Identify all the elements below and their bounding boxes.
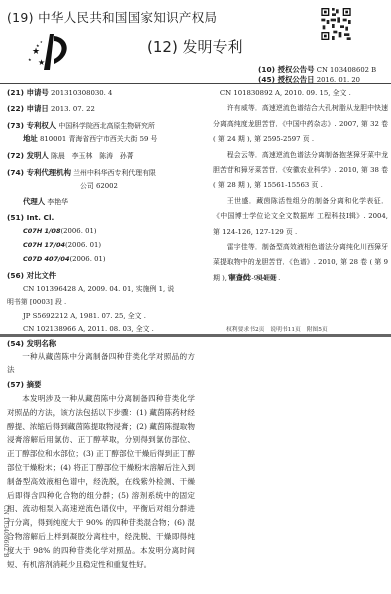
examiner-row: 审查员 吴姗姗 xyxy=(228,272,277,284)
agency-line-2: 公司 62002 xyxy=(80,181,118,192)
inventors-label: (72) 发明人 xyxy=(7,151,49,160)
application-date-row: (22) 申请日 2013. 07. 22 xyxy=(7,103,95,115)
address-row: 地址 810001 青海省西宁市西关大街 59 号 xyxy=(23,133,157,145)
inventors-row: (72) 发明人 陈晨 李玉林 陈涛 孙菁 xyxy=(7,150,134,162)
agent: 李艳华 xyxy=(47,198,68,206)
intcl-heading: (51) Int. Cl. xyxy=(7,213,54,222)
abstract-body: 本发明涉及一种从藏茵陈中分离制备四种苷类化学对照品的方法，该方法包括以下步骤：(… xyxy=(7,392,195,571)
reference-item: CN 101830892 A, 2010. 09. 15, 全文 . xyxy=(213,86,388,101)
side-publication-code: CN 103408602 B xyxy=(0,505,9,575)
inventors: 陈晨 李玉林 陈涛 孙菁 xyxy=(51,152,134,160)
reference-item-cont: 明书第 [0003] 段 . xyxy=(7,297,66,308)
header-divider xyxy=(0,83,391,84)
agency-row: (74) 专利代理机构 兰州中科华西专利代理有限 xyxy=(7,167,156,179)
agency-label: (74) 专利代理机构 xyxy=(7,168,71,177)
references-heading: (56) 对比文件 xyxy=(7,270,56,282)
publication-number-label: (10) 授权公告号 xyxy=(258,65,315,74)
intcl-item: C07H 1/08(2006. 01) xyxy=(23,226,97,237)
agent-row: 代理人 李艳华 xyxy=(23,196,68,208)
reference-item: 王世盛．藏茵陈活性组分的制备分离和化学表征．《中国博士学位论文全文数据库 工程科… xyxy=(213,194,388,240)
examiner: 吴姗姗 xyxy=(256,274,277,282)
intcl-label: (51) Int. Cl. xyxy=(7,212,54,224)
references-label: (56) 对比文件 xyxy=(7,271,56,280)
reference-item: 许有威等．高速逆流色谱结合大孔树脂从龙胆中快速分离高纯度龙胆苦苷．《中国中药杂志… xyxy=(213,101,388,147)
intcl-version: (2006. 01) xyxy=(65,241,101,249)
abstract-heading: (57) 摘要 xyxy=(7,379,41,391)
intcl-code: C07H 1/08 xyxy=(23,227,60,235)
abstract-text: 本发明涉及一种从藏茵陈中分离制备四种苷类化学对照品的方法，该方法包括以下步骤：(… xyxy=(7,392,195,571)
application-number-label: (21) 申请号 xyxy=(7,88,49,97)
document-type: (12) 发明专利 xyxy=(147,36,243,57)
reference-item: 程会云等．高速逆流色谱法分离制备抱茎獐牙菜中龙胆苦苷和獐牙菜苦苷．《安徽农业科学… xyxy=(213,148,388,194)
application-number: 201310308030. 4 xyxy=(51,89,112,97)
invention-title: 一种从藏茵陈中分离制备四种苷类化学对照品的方法 xyxy=(7,350,195,376)
intcl-code: C07D 407/04 xyxy=(23,255,69,263)
intcl-version: (2006. 01) xyxy=(69,255,105,263)
publication-number: CN 103408602 B xyxy=(317,66,376,74)
intcl-item: C07H 17/04(2006. 01) xyxy=(23,240,101,251)
page-counts: 权利要求书2页 说明书11页 附图5页 xyxy=(226,324,328,333)
application-date: 2013. 07. 22 xyxy=(51,105,95,113)
agency-line-1: 兰州中科华西专利代理有限 xyxy=(73,169,156,177)
intcl-code: C07H 17/04 xyxy=(23,241,65,249)
application-number-row: (21) 申请号 201310308030. 4 xyxy=(7,87,112,99)
invention-title-heading: (54) 发明名称 xyxy=(7,338,56,350)
section-divider xyxy=(0,334,391,337)
patentee-label: (73) 专利权人 xyxy=(7,121,56,130)
qr-code-icon xyxy=(320,6,352,42)
svg-text:★: ★ xyxy=(32,47,40,57)
address: 810001 青海省西宁市西关大街 59 号 xyxy=(40,135,157,143)
right-references: CN 101830892 A, 2010. 09. 15, 全文 . 许有威等．… xyxy=(213,86,388,286)
reference-item: JP S5692212 A, 1981. 07. 25, 全文 . xyxy=(23,311,146,322)
reference-item: CN 101396428 A, 2009. 04. 01, 实施例 1, 说 xyxy=(23,284,174,295)
patentee-row: (73) 专利权人 中国科学院西北高原生物研究所 xyxy=(7,120,155,132)
invention-title-label: (54) 发明名称 xyxy=(7,339,56,348)
agent-label: 代理人 xyxy=(23,197,45,206)
cnipa-logo-icon: ★ ★ ★ ★ ★ xyxy=(24,32,74,72)
svg-text:★: ★ xyxy=(28,57,32,62)
svg-text:★: ★ xyxy=(38,58,45,67)
address-label: 地址 xyxy=(23,134,38,143)
examiner-label: 审查员 xyxy=(228,273,250,282)
svg-text:★: ★ xyxy=(40,40,43,44)
abstract-label: (57) 摘要 xyxy=(7,380,41,389)
intcl-version: (2006. 01) xyxy=(60,227,96,235)
application-date-label: (22) 申请日 xyxy=(7,104,49,113)
intcl-item: C07D 407/04(2006. 01) xyxy=(23,254,106,265)
patentee: 中国科学院西北高原生物研究所 xyxy=(58,122,154,130)
issuing-office: (19) 中华人民共和国国家知识产权局 xyxy=(7,8,217,26)
